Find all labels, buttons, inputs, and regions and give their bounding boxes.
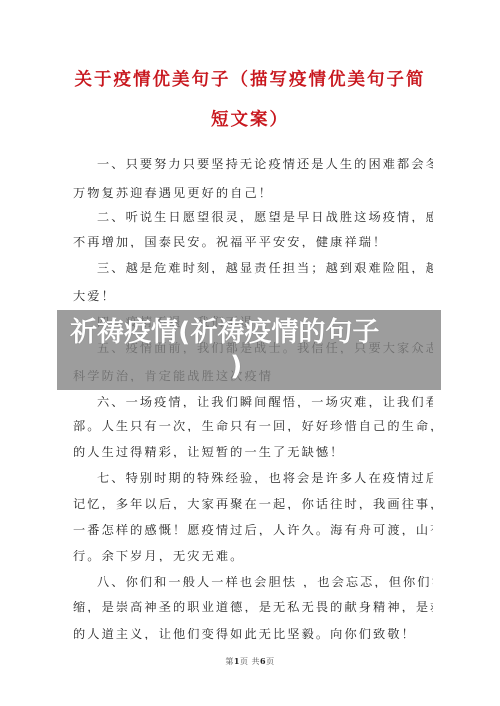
paragraph-line: 行。余下岁月，无灾无难。	[73, 550, 433, 562]
paragraph-line: 七、特别时期的特殊经验，也将会是许多人在疫情过后的深刻	[97, 472, 433, 484]
paragraph-line: 六、一场疫情，让我们瞬间醒悟，一场灾难，让我们看轻全	[97, 396, 433, 408]
overlay-title-line-2: )	[70, 350, 440, 384]
paragraph-line: 一、只要努力只要坚持无论疫情还是人生的困难都会冬去春来	[97, 158, 433, 170]
footer-suffix: 页	[266, 657, 275, 666]
paragraph-line: 记忆，多年以后，大家再聚在一起，你话往时，我画往事，该又是	[73, 498, 433, 510]
paragraph-line: 一番怎样的感慨！愿疫情过后，人许久。海有舟可渡，山有路可	[73, 524, 433, 536]
paragraph-line: 万物复苏迎春遇见更好的自己！	[73, 187, 433, 199]
paragraph-line: 二、听说生日愿望很灵，愿望是早日战胜这场疫情，感染人数	[97, 211, 433, 223]
paragraph-line: 的人道主义，让他们变得如此无比坚毅。向你们致敬！	[73, 628, 433, 640]
overlay-title: 祈祷疫情(祈祷疫情的句子 )	[70, 316, 440, 384]
paragraph-line: 八、你们和一般人一样也会胆怯 ，也会忘忑，但你们没有人退	[97, 576, 433, 588]
overlay-title-line-1: 祈祷疫情(祈祷疫情的句子	[70, 317, 379, 348]
paragraph-line: 不再增加，国泰民安。祝福平平安安，健康祥瑞！	[73, 236, 433, 248]
footer-prefix: 第	[225, 657, 234, 666]
paragraph-line: 的人生过得精彩，让短暂的一生了无缺憾！	[73, 446, 433, 458]
paragraph-line: 三、越是危难时刻，越显责任担当；越到艰难险阻，越显人间	[97, 262, 433, 274]
paragraph-line: 部。人生只有一次，生命只有一回，好好珍惜自己的生命，把有限	[73, 420, 433, 432]
paragraph-line: 缩，是崇高神圣的职业道德，是无私无畏的献身精神，是救死扶伤	[73, 601, 433, 613]
document-title-line-1: 关于疫情优美句子（描写疫情优美句子简	[60, 72, 440, 90]
paragraph-line: 大爱！	[73, 290, 433, 302]
footer-mid: 页 共	[240, 657, 260, 666]
document-title-line-2: 短文案）	[60, 112, 440, 130]
page-footer: 第1页 共6页	[0, 656, 500, 667]
